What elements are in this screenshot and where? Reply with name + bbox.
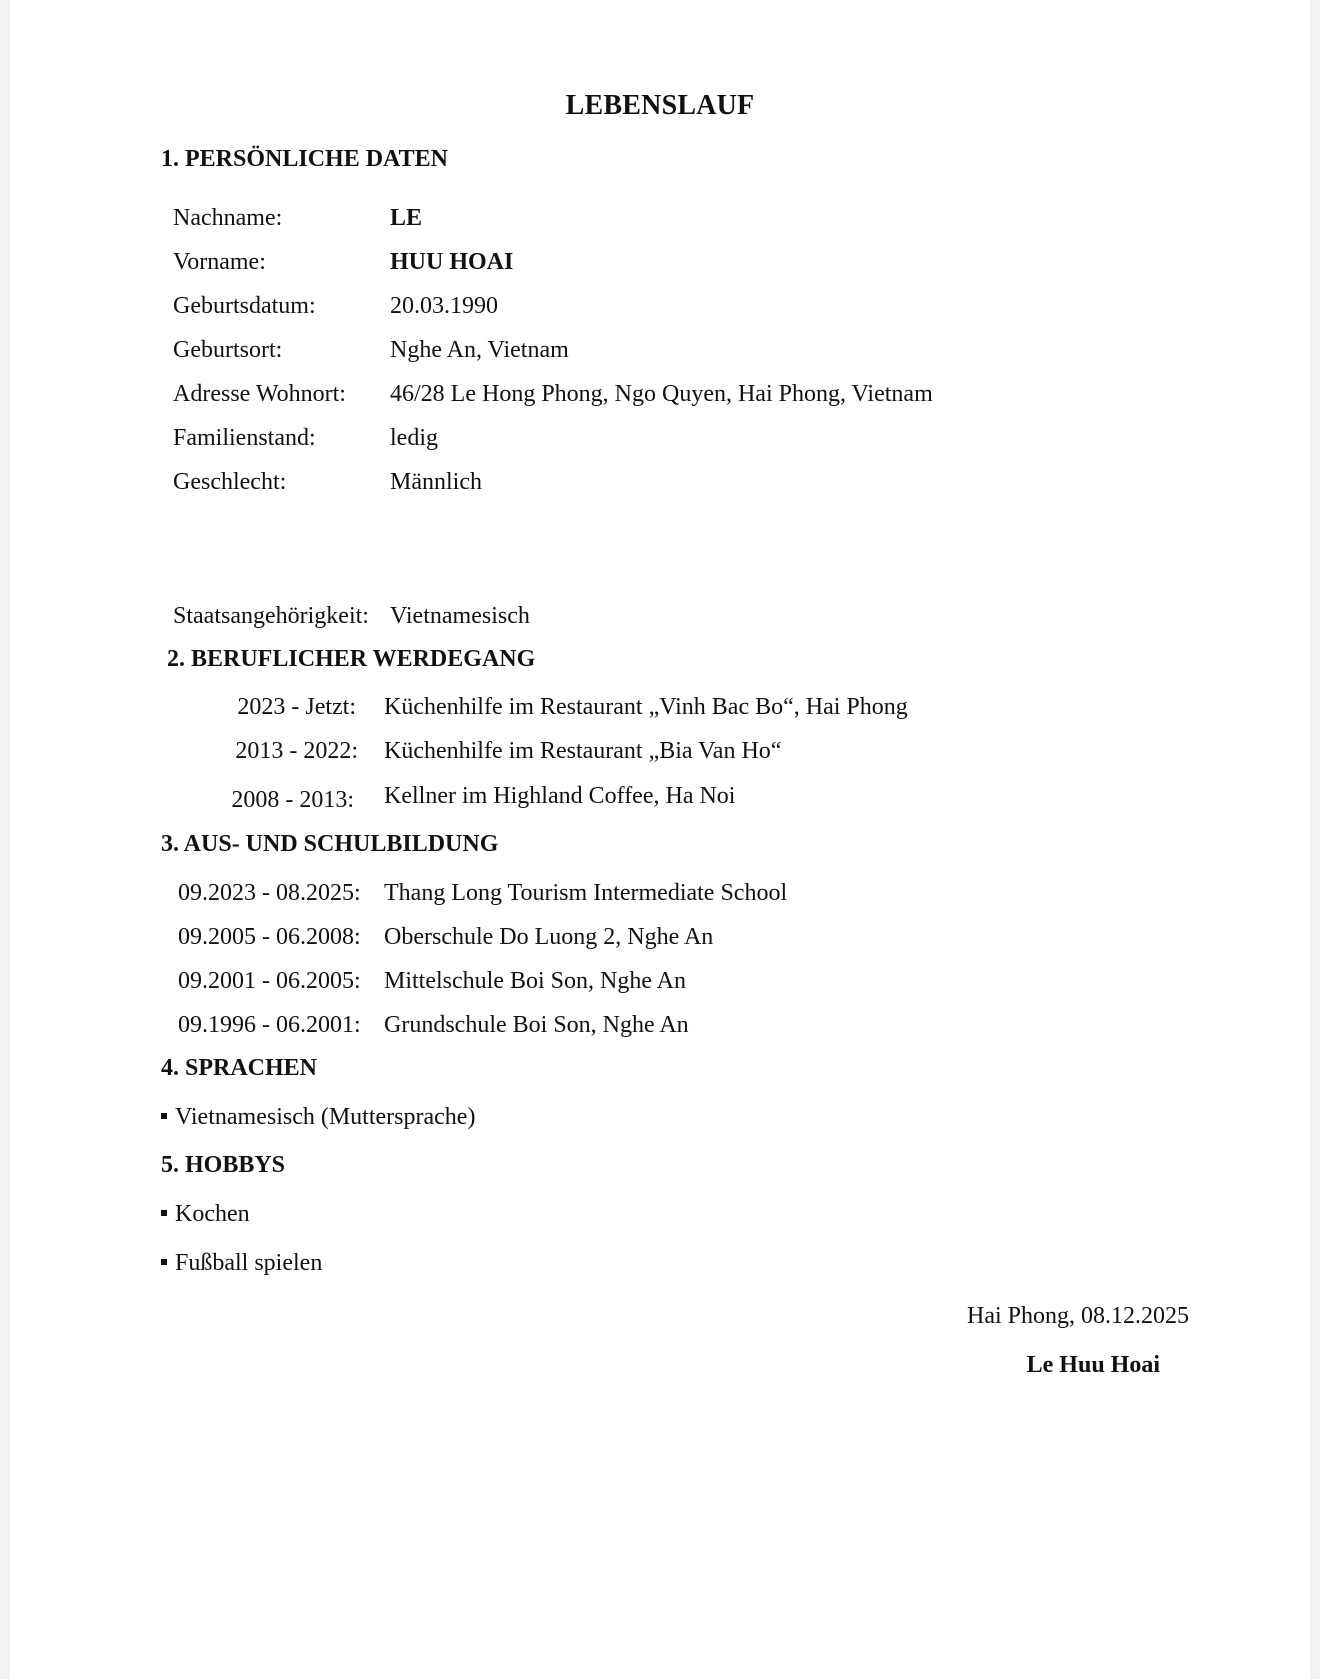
education-description: Mittelschule Boi Son, Nghe An <box>384 968 686 995</box>
field-value: 20.03.1990 <box>390 293 498 320</box>
hobby-text: Fußball spielen <box>175 1250 322 1276</box>
education-description: Thang Long Tourism Intermediate School <box>384 880 787 907</box>
career-entry: 2023 - Jetzt: Küchenhilfe im Restaurant … <box>10 694 1010 724</box>
education-entry: 09.2001 - 06.2005: Mittelschule Boi Son,… <box>10 968 1010 998</box>
career-description: Küchenhilfe im Restaurant „Vinh Bac Bo“,… <box>384 694 908 721</box>
field-row-geburtsdatum: Geburtsdatum: 20.03.1990 <box>173 293 1073 323</box>
hobby-item: Kochen <box>161 1201 250 1228</box>
field-label: Geburtsort: <box>173 337 282 364</box>
education-period: 09.2023 - 08.2025: <box>178 880 361 907</box>
bullet-icon <box>161 1113 167 1119</box>
section-heading-personal: 1. PERSÖNLICHE DATEN <box>161 146 448 173</box>
field-row-vorname: Vorname: HUU HOAI <box>173 249 1073 279</box>
education-period: 09.2005 - 06.2008: <box>178 924 361 951</box>
field-label: Staatsangehörigkeit: <box>173 603 369 630</box>
field-row-geschlecht: Geschlecht: Männlich <box>173 469 1073 499</box>
section-heading-languages: 4. SPRACHEN <box>161 1055 317 1082</box>
field-label: Adresse Wohnort: <box>173 381 346 408</box>
section-heading-hobbies: 5. HOBBYS <box>161 1152 285 1179</box>
career-description: Küchenhilfe im Restaurant „Bia Van Ho“ <box>384 738 781 765</box>
education-entry: 09.2005 - 06.2008: Oberschule Do Luong 2… <box>10 924 1010 954</box>
field-value: HUU HOAI <box>390 249 513 276</box>
field-label: Geburtsdatum: <box>173 293 316 320</box>
education-entry: 09.2023 - 08.2025: Thang Long Tourism In… <box>10 880 1010 910</box>
section-heading-education: 3. AUS- UND SCHULBILDUNG <box>161 831 498 858</box>
language-item: Vietnamesisch (Muttersprache) <box>161 1104 475 1131</box>
field-row-familienstand: Familienstand: ledig <box>173 425 1073 455</box>
career-description: Kellner im Highland Coffee, Ha Noi <box>384 783 735 810</box>
field-value: LE <box>390 205 422 232</box>
hobby-item: Fußball spielen <box>161 1250 322 1277</box>
career-entry: 2013 - 2022: Küchenhilfe im Restaurant „… <box>10 738 1010 768</box>
field-row-nachname: Nachname: LE <box>173 205 1073 235</box>
document-title: LEBENSLAUF <box>10 90 1310 122</box>
education-entry: 09.1996 - 06.2001: Grundschule Boi Son, … <box>10 1012 1010 1042</box>
field-label: Vorname: <box>173 249 266 276</box>
bullet-icon <box>161 1210 167 1216</box>
career-entry: 2008 - 2013: Kellner im Highland Coffee,… <box>10 783 1010 813</box>
field-value: Vietnamesisch <box>390 603 530 630</box>
education-description: Grundschule Boi Son, Nghe An <box>384 1012 689 1039</box>
field-label: Nachname: <box>173 205 282 232</box>
field-row-geburtsort: Geburtsort: Nghe An, Vietnam <box>173 337 1073 367</box>
document-page: LEBENSLAUF 1. PERSÖNLICHE DATEN Nachname… <box>10 0 1310 1679</box>
field-label: Familienstand: <box>173 425 316 452</box>
bullet-icon <box>161 1259 167 1265</box>
signature-place-date: Hai Phong, 08.12.2025 <box>967 1303 1189 1330</box>
hobby-text: Kochen <box>175 1201 250 1227</box>
language-text: Vietnamesisch (Muttersprache) <box>175 1104 475 1130</box>
field-row-staatsangehoerigkeit: Staatsangehörigkeit: Vietnamesisch <box>173 603 1073 633</box>
career-period: 2013 - 2022: <box>190 738 358 765</box>
career-period: 2008 - 2013: <box>190 787 354 814</box>
signature-name: Le Huu Hoai <box>1027 1352 1160 1379</box>
field-row-adresse: Adresse Wohnort: 46/28 Le Hong Phong, Ng… <box>173 381 1073 411</box>
field-value: Männlich <box>390 469 482 496</box>
section-heading-career: 2. BERUFLICHER WERDEGANG <box>167 646 535 673</box>
education-period: 09.1996 - 06.2001: <box>178 1012 361 1039</box>
field-value: ledig <box>390 425 438 452</box>
field-label: Geschlecht: <box>173 469 286 496</box>
education-description: Oberschule Do Luong 2, Nghe An <box>384 924 713 951</box>
career-period: 2023 - Jetzt: <box>190 694 356 721</box>
field-value: Nghe An, Vietnam <box>390 337 569 364</box>
field-value: 46/28 Le Hong Phong, Ngo Quyen, Hai Phon… <box>390 381 933 408</box>
education-period: 09.2001 - 06.2005: <box>178 968 361 995</box>
